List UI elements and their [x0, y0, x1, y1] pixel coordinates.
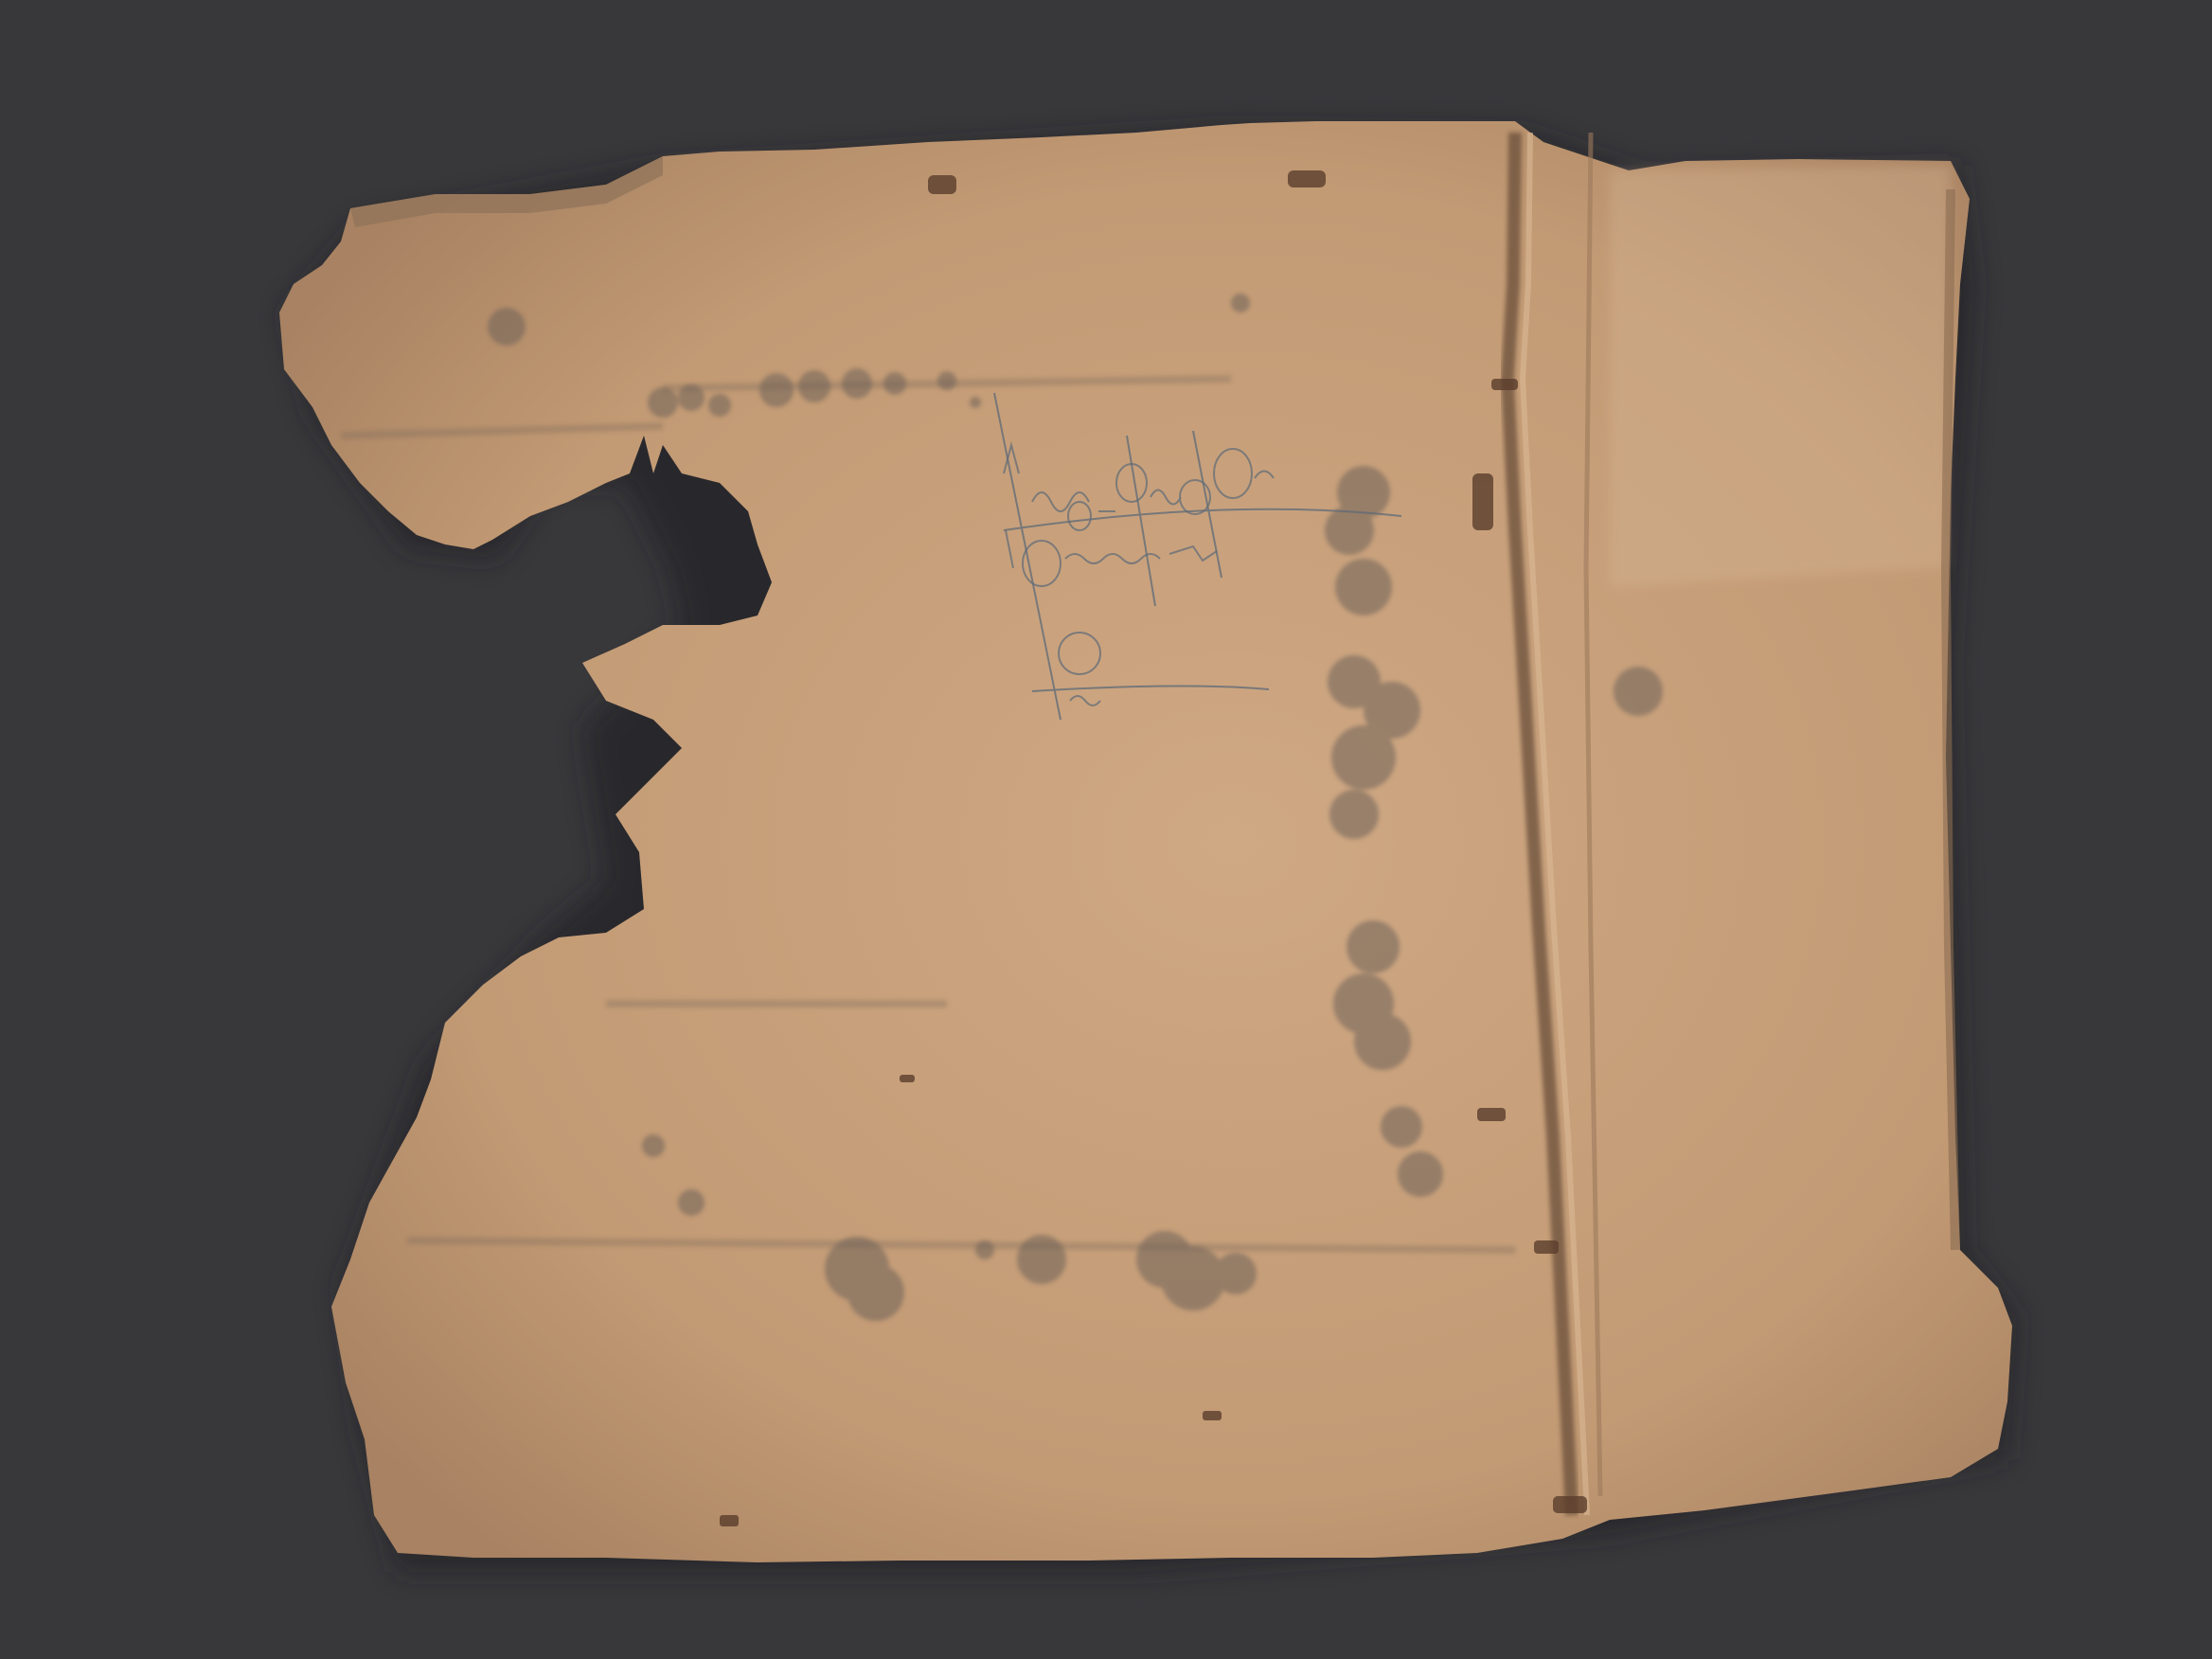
artifact-photo [0, 0, 2212, 1659]
photo-stage: Faint pencil grid with illegible script … [0, 0, 2212, 1659]
paper-right-panel [1610, 166, 1951, 587]
